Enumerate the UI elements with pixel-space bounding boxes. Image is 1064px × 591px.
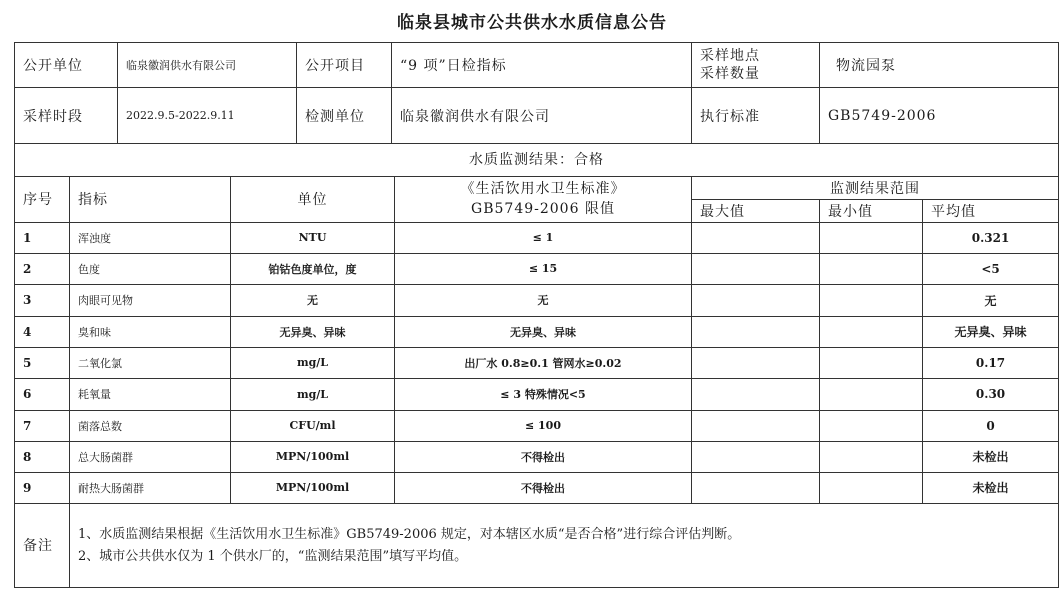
row-indicator: 臭和味 <box>70 316 231 347</box>
header-avg: 平均值 <box>923 199 1059 222</box>
row-max <box>692 222 820 253</box>
info-row-publisher: 公开单位 临泉徽润供水有限公司 公开项目 “9 项”日检指标 采样地点 采样数量… <box>15 43 1059 88</box>
row-index: 9 <box>15 472 70 503</box>
row-indicator: 浑浊度 <box>70 222 231 253</box>
row-unit: 无 <box>231 284 395 316</box>
row-min <box>820 410 923 441</box>
row-avg: 无异臭、异味 <box>923 316 1059 347</box>
row-limit: 不得检出 <box>395 472 692 503</box>
row-avg: 未检出 <box>923 441 1059 472</box>
table-row: 5 二氧化氯 mg/L 出厂水 0.8≥0.1 管网水≥0.02 0.17 <box>15 347 1059 378</box>
row-indicator: 总大肠菌群 <box>70 441 231 472</box>
notes-content: 1、水质监测结果根据《生活饮用水卫生标准》GB5749-2006 规定，对本辖区… <box>70 503 1059 587</box>
standard-label: 执行标准 <box>692 88 820 144</box>
row-indicator: 菌落总数 <box>70 410 231 441</box>
lab-label: 检测单位 <box>297 88 392 144</box>
row-max <box>692 347 820 378</box>
row-max <box>692 253 820 284</box>
row-avg: 0.321 <box>923 222 1059 253</box>
row-limit: ≤ 100 <box>395 410 692 441</box>
row-limit: ≤ 3 特殊情况<5 <box>395 378 692 410</box>
row-unit: 铂钴色度单位，度 <box>231 253 395 284</box>
info-row-period: 采样时段 2022.9.5-2022.9.11 检测单位 临泉徽润供水有限公司 … <box>15 88 1059 144</box>
info-table: 公开单位 临泉徽润供水有限公司 公开项目 “9 项”日检指标 采样地点 采样数量… <box>14 42 1059 144</box>
table-row: 6 耗氧量 mg/L ≤ 3 特殊情况<5 0.30 <box>15 378 1059 410</box>
row-limit: 无 <box>395 284 692 316</box>
row-index: 7 <box>15 410 70 441</box>
row-min <box>820 316 923 347</box>
row-indicator: 二氧化氯 <box>70 347 231 378</box>
period-label: 采样时段 <box>15 88 118 144</box>
row-avg: <5 <box>923 253 1059 284</box>
row-unit: 无异臭、异味 <box>231 316 395 347</box>
table-row: 2 色度 铂钴色度单位，度 ≤ 15 <5 <box>15 253 1059 284</box>
row-limit: ≤ 1 <box>395 222 692 253</box>
row-indicator: 肉眼可见物 <box>70 284 231 316</box>
row-unit: MPN/100ml <box>231 472 395 503</box>
header-range: 监测结果范围 <box>692 176 1059 199</box>
period-value: 2022.9.5-2022.9.11 <box>118 88 297 144</box>
row-unit: NTU <box>231 222 395 253</box>
row-index: 5 <box>15 347 70 378</box>
header-unit: 单位 <box>231 176 395 222</box>
row-max <box>692 410 820 441</box>
table-row: 9 耐热大肠菌群 MPN/100ml 不得检出 未检出 <box>15 472 1059 503</box>
header-min: 最小值 <box>820 199 923 222</box>
row-max <box>692 441 820 472</box>
row-limit: 无异臭、异味 <box>395 316 692 347</box>
header-row-1: 序号 指标 单位 《生活饮用水卫生标准》 GB5749-2006 限值 监测结果… <box>15 176 1059 199</box>
table-row: 4 臭和味 无异臭、异味 无异臭、异味 无异臭、异味 <box>15 316 1059 347</box>
row-limit: 出厂水 0.8≥0.1 管网水≥0.02 <box>395 347 692 378</box>
header-limit: 《生活饮用水卫生标准》 GB5749-2006 限值 <box>395 176 692 222</box>
row-min <box>820 253 923 284</box>
table-row: 3 肉眼可见物 无 无 无 <box>15 284 1059 316</box>
row-unit: mg/L <box>231 378 395 410</box>
row-avg: 无 <box>923 284 1059 316</box>
row-max <box>692 472 820 503</box>
publisher-label: 公开单位 <box>15 43 118 88</box>
row-limit: ≤ 15 <box>395 253 692 284</box>
notes-label: 备注 <box>15 503 70 587</box>
header-indicator: 指标 <box>70 176 231 222</box>
table-row: 7 菌落总数 CFU/ml ≤ 100 0 <box>15 410 1059 441</box>
header-limit-line1: 《生活饮用水卫生标准》 <box>403 179 683 199</box>
row-unit: CFU/ml <box>231 410 395 441</box>
row-avg: 0 <box>923 410 1059 441</box>
location-label-line2: 采样数量 <box>700 65 811 83</box>
standard-value: GB5749-2006 <box>820 88 1059 144</box>
row-index: 3 <box>15 284 70 316</box>
location-label: 采样地点 采样数量 <box>692 43 820 88</box>
row-unit: mg/L <box>231 347 395 378</box>
header-max: 最大值 <box>692 199 820 222</box>
row-max <box>692 378 820 410</box>
row-avg: 未检出 <box>923 472 1059 503</box>
table-row: 8 总大肠菌群 MPN/100ml 不得检出 未检出 <box>15 441 1059 472</box>
row-min <box>820 347 923 378</box>
project-value: “9 项”日检指标 <box>392 43 692 88</box>
row-index: 8 <box>15 441 70 472</box>
row-index: 6 <box>15 378 70 410</box>
result-summary-row: 水质监测结果：合格 <box>15 143 1059 176</box>
row-index: 2 <box>15 253 70 284</box>
note-line-2: 2、城市公共供水仅为 1 个供水厂的，“监测结果范围”填写平均值。 <box>78 546 1050 568</box>
row-min <box>820 472 923 503</box>
row-index: 4 <box>15 316 70 347</box>
row-unit: MPN/100ml <box>231 441 395 472</box>
row-indicator: 耐热大肠菌群 <box>70 472 231 503</box>
row-min <box>820 222 923 253</box>
publisher-value: 临泉徽润供水有限公司 <box>118 43 297 88</box>
notes-row: 备注 1、水质监测结果根据《生活饮用水卫生标准》GB5749-2006 规定，对… <box>15 503 1059 587</box>
row-min <box>820 284 923 316</box>
table-row: 1 浑浊度 NTU ≤ 1 0.321 <box>15 222 1059 253</box>
location-value: 物流园泵 <box>820 43 1059 88</box>
note-line-1: 1、水质监测结果根据《生活饮用水卫生标准》GB5749-2006 规定，对本辖区… <box>78 524 898 546</box>
lab-value: 临泉徽润供水有限公司 <box>392 88 692 144</box>
row-index: 1 <box>15 222 70 253</box>
row-min <box>820 378 923 410</box>
row-indicator: 耗氧量 <box>70 378 231 410</box>
row-indicator: 色度 <box>70 253 231 284</box>
row-avg: 0.30 <box>923 378 1059 410</box>
header-index: 序号 <box>15 176 70 222</box>
row-min <box>820 441 923 472</box>
header-limit-line2: GB5749-2006 限值 <box>403 199 683 219</box>
row-max <box>692 316 820 347</box>
row-avg: 0.17 <box>923 347 1059 378</box>
row-max <box>692 284 820 316</box>
project-label: 公开项目 <box>297 43 392 88</box>
location-label-line1: 采样地点 <box>700 47 811 65</box>
results-table: 水质监测结果：合格 序号 指标 单位 《生活饮用水卫生标准》 GB5749-20… <box>14 143 1059 588</box>
result-summary: 水质监测结果：合格 <box>15 143 1059 176</box>
page-title: 临泉县城市公共供水水质信息公告 <box>0 8 1064 33</box>
row-limit: 不得检出 <box>395 441 692 472</box>
